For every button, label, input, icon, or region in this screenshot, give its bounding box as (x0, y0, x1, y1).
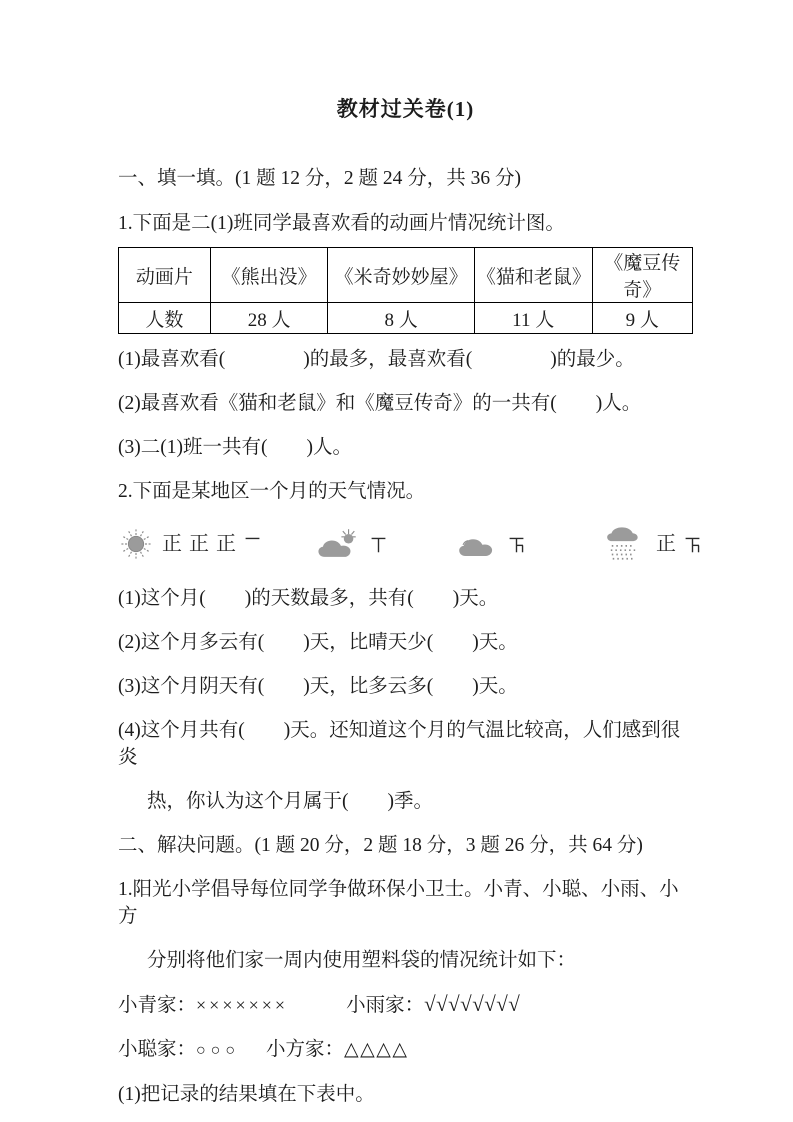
s1-q2-sub4-line1: (4)这个月共有( )天。还知道这个月的气温比较高，人们感到很炎 (118, 717, 693, 771)
weather-item-sunny: 正正正 (118, 526, 262, 562)
cartoon-survey-table: 动画片 《熊出没》 《米奇妙妙屋》 《猫和老鼠》 《魔豆传奇》 人数 28 人 … (118, 247, 693, 334)
s1-q1-intro: 1.下面是二(1)班同学最喜欢看的动画片情况统计图。 (118, 210, 693, 237)
header-cell: 《魔豆传奇》 (592, 248, 692, 303)
tally-marks-partly-cloudy (369, 534, 388, 555)
s2-q1-intro-line2: 分别将他们家一周内使用塑料袋的情况统计如下： (118, 947, 693, 974)
header-cell: 《猫和老鼠》 (474, 248, 592, 303)
header-cell: 动画片 (119, 248, 211, 303)
record-x-marks: ××××××× (196, 992, 288, 1019)
partly-cloudy-icon (317, 528, 361, 561)
header-cell: 《熊出没》 (210, 248, 328, 303)
weather-item-cloudy (457, 529, 526, 559)
weather-item-partly-cloudy (317, 528, 388, 561)
table-header-row: 动画片 《熊出没》 《米奇妙妙屋》 《猫和老鼠》 《魔豆传奇》 (119, 248, 693, 303)
record-xiaoyu: 小雨家： √√√√√√√√ (346, 991, 520, 1019)
weather-tally-figure: 正正正 (118, 520, 693, 568)
cartoon-survey-table-wrap: 动画片 《熊出没》 《米奇妙妙屋》 《猫和老鼠》 《魔豆传奇》 人数 28 人 … (118, 247, 693, 334)
cloud-icon (457, 529, 499, 559)
data-cell: 28 人 (210, 303, 328, 334)
s2-q1-intro-line1: 1.阳光小学倡导每位同学争做环保小卫士。小青、小聪、小雨、小方 (118, 876, 693, 930)
record-label: 小雨家： (346, 992, 424, 1019)
record-xiaoqing: 小青家： ××××××× (118, 992, 288, 1019)
records-row-1: 小青家： ××××××× 小雨家： √√√√√√√√ (118, 991, 693, 1019)
data-cell: 人数 (119, 303, 211, 334)
tally-marks-rainy: 正 (656, 532, 702, 556)
record-label: 小青家： (118, 992, 196, 1019)
record-check-marks: √√√√√√√√ (424, 991, 520, 1018)
s2-q1-sub1: (1)把记录的结果填在下表中。 (118, 1081, 693, 1108)
data-cell: 11 人 (474, 303, 592, 334)
weather-item-rainy: 正 (606, 524, 702, 564)
tally-marks-cloudy (507, 534, 526, 555)
section2-heading: 二、解决问题。(1 题 20 分，2 题 18 分，3 题 26 分，共 64 … (118, 832, 693, 859)
s1-q2-sub3: (3)这个月阴天有( )天，比多云多( )天。 (118, 673, 693, 700)
record-xiaocong: 小聪家： ○○○ (118, 1036, 240, 1064)
sun-icon (118, 526, 154, 562)
s1-q1-sub1: (1)最喜欢看( )的最多，最喜欢看( )的最少。 (118, 346, 693, 373)
worksheet-page: 教材过关卷(1) 一、填一填。(1 题 12 分，2 题 24 分，共 36 分… (0, 0, 793, 1122)
s1-q2-sub4-line2: 热，你认为这个月属于( )季。 (118, 788, 693, 815)
s1-q1-sub2: (2)最喜欢看《猫和老鼠》和《魔豆传奇》的一共有( )人。 (118, 390, 693, 417)
records-row-2: 小聪家： ○○○ 小方家： △△△△ (118, 1036, 693, 1064)
record-triangle-marks: △△△△ (344, 1036, 408, 1063)
page-title: 教材过关卷(1) (118, 96, 693, 123)
table-data-row: 人数 28 人 8 人 11 人 9 人 (119, 303, 693, 334)
record-circle-marks: ○○○ (196, 1037, 240, 1064)
data-cell: 8 人 (328, 303, 474, 334)
tally-marks-sunny: 正正正 (162, 532, 262, 556)
record-label: 小聪家： (118, 1036, 196, 1063)
record-label: 小方家： (266, 1036, 344, 1063)
record-xiaofang: 小方家： △△△△ (266, 1036, 408, 1063)
s1-q2-sub2: (2)这个月多云有( )天，比晴天少( )天。 (118, 629, 693, 656)
section1-heading: 一、填一填。(1 题 12 分，2 题 24 分，共 36 分) (118, 165, 693, 192)
rain-icon (606, 524, 648, 564)
header-cell: 《米奇妙妙屋》 (328, 248, 474, 303)
data-cell: 9 人 (592, 303, 692, 334)
s1-q2-sub1: (1)这个月( )的天数最多，共有( )天。 (118, 585, 693, 612)
s1-q1-sub3: (3)二(1)班一共有( )人。 (118, 434, 693, 461)
s1-q2-intro: 2.下面是某地区一个月的天气情况。 (118, 478, 693, 505)
